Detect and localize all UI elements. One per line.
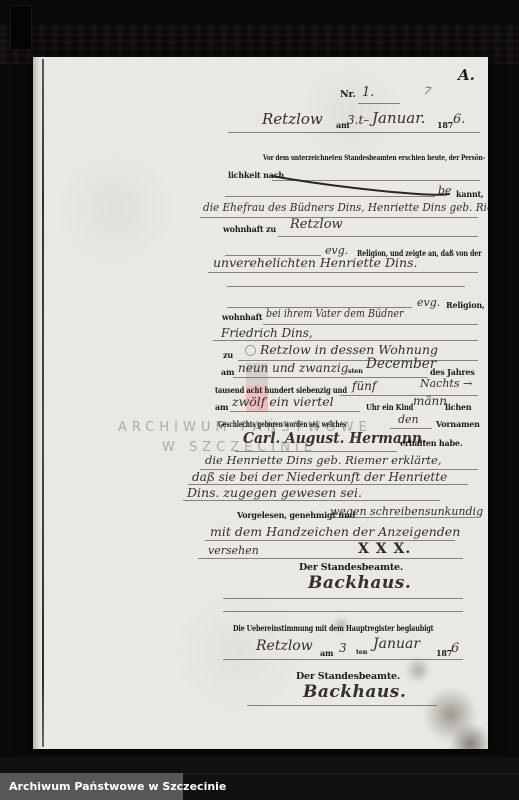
witness-line1-hand: die Henriette Dins geb. Riemer erklärte,	[205, 455, 442, 467]
handzeichen-hand: mit dem Handzeichen der Anzeigenden	[210, 526, 460, 539]
den-hand: den	[398, 414, 419, 425]
dateline-month: Januar.	[372, 111, 426, 126]
birth-day-hand: neun und zwanzig	[238, 362, 348, 374]
dateline-year-printed: 187	[437, 121, 453, 129]
ruled-line	[235, 451, 397, 452]
birth-month-hand: December	[366, 358, 436, 372]
nr-label: Nr.	[340, 90, 356, 100]
dateline-year-hand: 6.	[453, 113, 465, 126]
uhr-label: Uhr ein Kind	[366, 403, 413, 411]
versehen-hand: versehen	[208, 545, 259, 556]
ruled-line	[340, 395, 478, 396]
bekannt-printed: kannt,	[456, 190, 484, 198]
sten-label: sten	[348, 368, 363, 375]
register-page-scan: ARCHIWUM PAŃSTWOWE W SZCZECINIE A. Nr. 1…	[33, 57, 488, 749]
vorgelesen-hand: wegen schreibensunkundig	[330, 506, 483, 517]
page-letter: A.	[458, 66, 475, 84]
nr-annotation: 7	[423, 85, 432, 97]
ruled-line	[263, 324, 478, 325]
des-jahres-label: des Jahres	[430, 368, 475, 376]
lichen-label: lichen	[445, 403, 471, 411]
ruled-line	[328, 517, 476, 518]
mother-hand: unverehelichten Henriette Dins.	[213, 257, 417, 270]
standesbeamte2-label: Der Standesbeamte.	[296, 672, 400, 682]
certify-am-label: am	[320, 649, 333, 657]
ruled-line	[358, 103, 400, 104]
geschlechts-line: Geschlechts geboren worden sei, welches	[218, 420, 346, 428]
archive-bar-label: Archiwum Państwowe w Szczecinie	[0, 780, 226, 793]
signature1-hand: Backhaus.	[308, 575, 411, 592]
witness-line3-hand: Dins. zugegen gewesen sei.	[187, 487, 362, 500]
certify-place-hand: Retzlow	[256, 639, 313, 653]
ruled-line	[223, 611, 463, 612]
wohnhaft-zu-label: wohnhaft zu	[223, 225, 276, 233]
am1-label: am	[221, 368, 234, 376]
ruled-line	[230, 411, 360, 412]
certify-year-hand: 6	[451, 642, 459, 655]
nr-value: 1.	[362, 86, 374, 99]
ruled-line	[223, 598, 463, 599]
birth-time-hand: zwölf ein viertel	[232, 396, 334, 409]
film-scratch-line	[183, 773, 519, 775]
tausend-line: tausend acht hundert siebenzig und	[215, 386, 347, 394]
dateline-day: 3.t–	[347, 114, 369, 126]
ruled-line	[205, 540, 455, 541]
vornamen-label: Vornamen	[436, 420, 480, 428]
film-notch	[10, 5, 32, 50]
ink-stain	[333, 617, 349, 633]
wohnhaft-zu-value: Retzlow	[290, 218, 343, 231]
signature2-hand: Backhaus.	[303, 684, 406, 701]
declarant-hand: die Ehefrau des Büdners Dins, Henriette …	[203, 202, 488, 213]
ruled-line	[208, 272, 478, 273]
ruled-line	[278, 236, 478, 237]
am2-label: am	[215, 403, 228, 411]
wohnhaft-label: wohnhaft	[222, 313, 262, 321]
religion2-hand: evg.	[417, 297, 440, 308]
zu-label: zu	[223, 351, 233, 359]
certify-day-hand: 3	[339, 642, 347, 654]
intro-line1: Vor dem unterzeichneten Standesbeamten e…	[263, 154, 485, 162]
handmark-xxx: X X X.	[358, 541, 411, 557]
bekannt-hand: be	[438, 185, 452, 196]
archive-bar: Archiwum Państwowe w Szczecinie	[0, 773, 183, 800]
ruled-line	[213, 340, 478, 341]
certify-month-hand: Januar	[373, 637, 420, 651]
erhalten-label: erhalten habe.	[400, 439, 462, 447]
certify-ten-label: ten	[356, 649, 367, 656]
ink-ring-stain	[245, 345, 256, 356]
time-of-day-hand: Nachts →	[420, 378, 472, 389]
ruled-line	[233, 377, 428, 378]
page-fold-line	[42, 59, 44, 747]
dateline-place: Retzlow	[262, 112, 323, 127]
witness-line2-hand: daß sie bei der Niederkunft der Henriett…	[192, 471, 447, 483]
ruled-line	[228, 132, 480, 133]
ruled-line	[183, 500, 440, 501]
ruled-line	[225, 196, 435, 197]
religion2-printed: Religion,	[446, 301, 485, 309]
wohnhaft-value-hand: bei ihrem Vater dem Büdner	[266, 308, 404, 320]
father-hand: Friedrich Dins,	[221, 327, 313, 339]
ruled-line	[227, 286, 465, 287]
standesbeamte1-label: Der Standesbeamte.	[299, 563, 403, 573]
certify-year-printed: 187	[436, 649, 452, 657]
zu-value-hand: Retzlow in dessen Wohnung	[260, 344, 438, 357]
year-word-hand: fünf	[352, 380, 376, 392]
ink-stain	[405, 657, 431, 683]
gender-hand: männ	[413, 395, 447, 407]
ruled-line	[247, 705, 437, 706]
ruled-line	[198, 558, 463, 559]
